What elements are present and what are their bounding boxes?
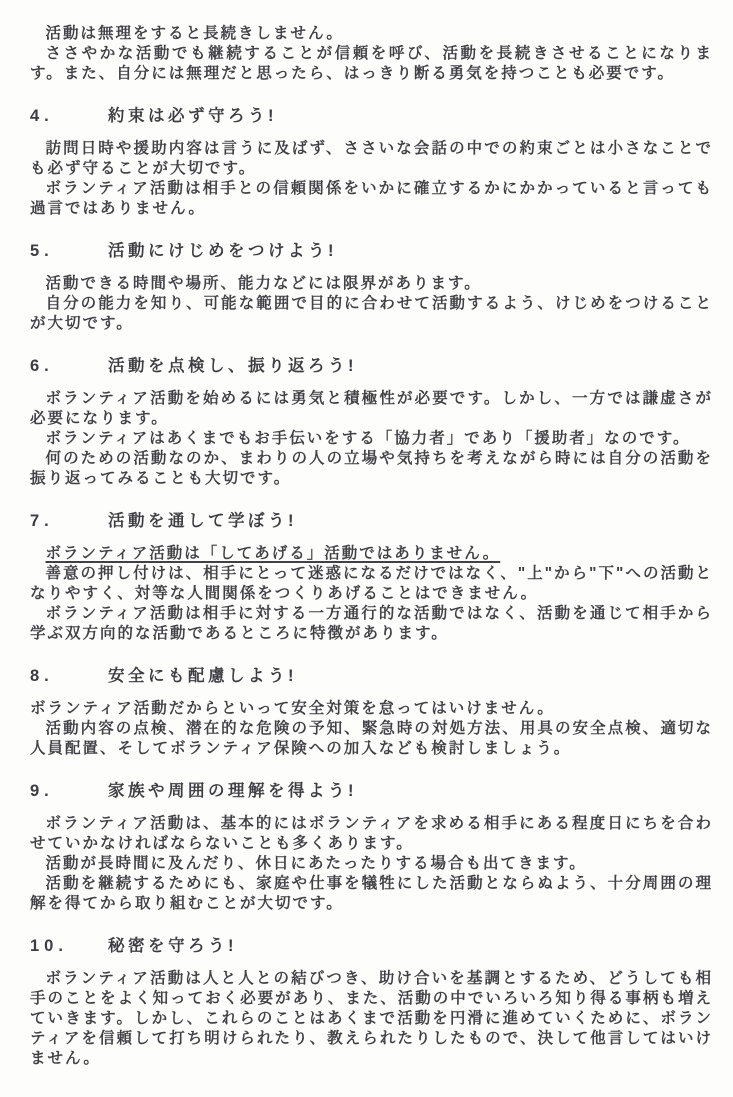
section-heading: 10.秘密を守ろう!: [30, 932, 713, 956]
paragraph: ボランティアはあくまでもお手伝いをする「協力者」であり「援助者」なのです。: [30, 429, 713, 449]
section-heading: 5.活動にけじめをつけよう!: [30, 237, 713, 261]
section-title: 秘密を守ろう!: [108, 932, 237, 956]
section-5: 5.活動にけじめをつけよう!活動できる時間や場所、能力などには限界があります。自…: [30, 237, 713, 334]
section-10: 10.秘密を守ろう!ボランティア活動は人と人との結びつき、助け合いを基調とするた…: [30, 932, 713, 1069]
section-title: 安全にも配慮しよう!: [108, 662, 297, 686]
section-7: 7.活動を通して学ぼう!ボランティア活動は「してあげる」活動ではありません。善意…: [30, 507, 713, 644]
section-number: 8.: [30, 667, 108, 686]
paragraph: ボランティア活動だからといって安全対策を怠ってはいけません。: [30, 699, 713, 719]
paragraph: 活動内容の点検、潜在的な危険の予知、緊急時の対処方法、用具の安全点検、適切な人員…: [30, 719, 713, 759]
paragraph: ボランティア活動は、基本的にはボランティアを求める相手にある程度日にちを合わせて…: [30, 814, 713, 854]
section-title: 活動を通して学ぼう!: [108, 507, 297, 531]
paragraph: ボランティア活動を始めるには勇気と積極性が必要です。しかし、一方では謙虚さが必要…: [30, 389, 713, 429]
section-heading: 7.活動を通して学ぼう!: [30, 507, 713, 531]
section-number: 5.: [30, 242, 108, 261]
paragraph: 善意の押し付けは、相手にとって迷惑になるだけではなく、"上"から"下"への活動と…: [30, 564, 713, 604]
section-title: 活動にけじめをつけよう!: [108, 237, 337, 261]
section-heading: 6.活動を点検し、振り返ろう!: [30, 352, 713, 376]
section-8: 8.安全にも配慮しよう!ボランティア活動だからといって安全対策を怠ってはいけませ…: [30, 662, 713, 759]
sections-container: 4.約束は必ず守ろう!訪問日時や援助内容は言うに及ばず、ささいな会話の中での約束…: [30, 102, 713, 1069]
section-number: 7.: [30, 512, 108, 531]
section-number: 6.: [30, 357, 108, 376]
paragraph: 活動は無理をすると長続きしません。: [30, 24, 713, 44]
section-6: 6.活動を点検し、振り返ろう!ボランティア活動を始めるには勇気と積極性が必要です…: [30, 352, 713, 489]
paragraph: 訪問日時や援助内容は言うに及ばず、ささいな会話の中での約束ごとは小さなことでも必…: [30, 139, 713, 179]
section-9: 9.家族や周囲の理解を得よう!ボランティア活動は、基本的にはボランティアを求める…: [30, 777, 713, 914]
section-number: 4.: [30, 107, 108, 126]
paragraph: 活動を継続するためにも、家庭や仕事を犠牲にした活動とならぬよう、十分周囲の理解を…: [30, 874, 713, 914]
section-number: 10.: [30, 937, 108, 956]
section-heading: 8.安全にも配慮しよう!: [30, 662, 713, 686]
paragraph: ささやかな活動でも継続することが信頼を呼び、活動を長続きさせることになります。ま…: [30, 44, 713, 84]
paragraph: 自分の能力を知り、可能な範囲で目的に合わせて活動するよう、けじめをつけることが大…: [30, 294, 713, 334]
paragraph: ボランティア活動は相手との信頼関係をいかに確立するかにかかっていると言っても過言…: [30, 179, 713, 219]
paragraph: 何のための活動なのか、まわりの人の立場や気持ちを考えながら時には自分の活動を振り…: [30, 449, 713, 489]
paragraph: 活動が長時間に及んだり、休日にあたったりする場合も出てきます。: [30, 854, 713, 874]
section-number: 9.: [30, 782, 108, 801]
paragraph: ボランティア活動は人と人との結びつき、助け合いを基調とするため、どうしても相手の…: [30, 969, 713, 1069]
scanned-document-page: 活動は無理をすると長続きしません。ささやかな活動でも継続することが信頼を呼び、活…: [0, 0, 733, 1097]
section-heading: 9.家族や周囲の理解を得よう!: [30, 777, 713, 801]
section-4: 4.約束は必ず守ろう!訪問日時や援助内容は言うに及ばず、ささいな会話の中での約束…: [30, 102, 713, 219]
underlined-paragraph: ボランティア活動は「してあげる」活動ではありません。: [30, 544, 713, 564]
paragraph: 活動できる時間や場所、能力などには限界があります。: [30, 274, 713, 294]
section-title: 家族や周囲の理解を得よう!: [108, 777, 357, 801]
section-title: 活動を点検し、振り返ろう!: [108, 352, 357, 376]
paragraph: ボランティア活動は相手に対する一方通行的な活動ではなく、活動を通じて相手から学ぶ…: [30, 604, 713, 644]
section-heading: 4.約束は必ず守ろう!: [30, 102, 713, 126]
intro-block: 活動は無理をすると長続きしません。ささやかな活動でも継続することが信頼を呼び、活…: [30, 24, 713, 84]
section-title: 約束は必ず守ろう!: [108, 102, 277, 126]
